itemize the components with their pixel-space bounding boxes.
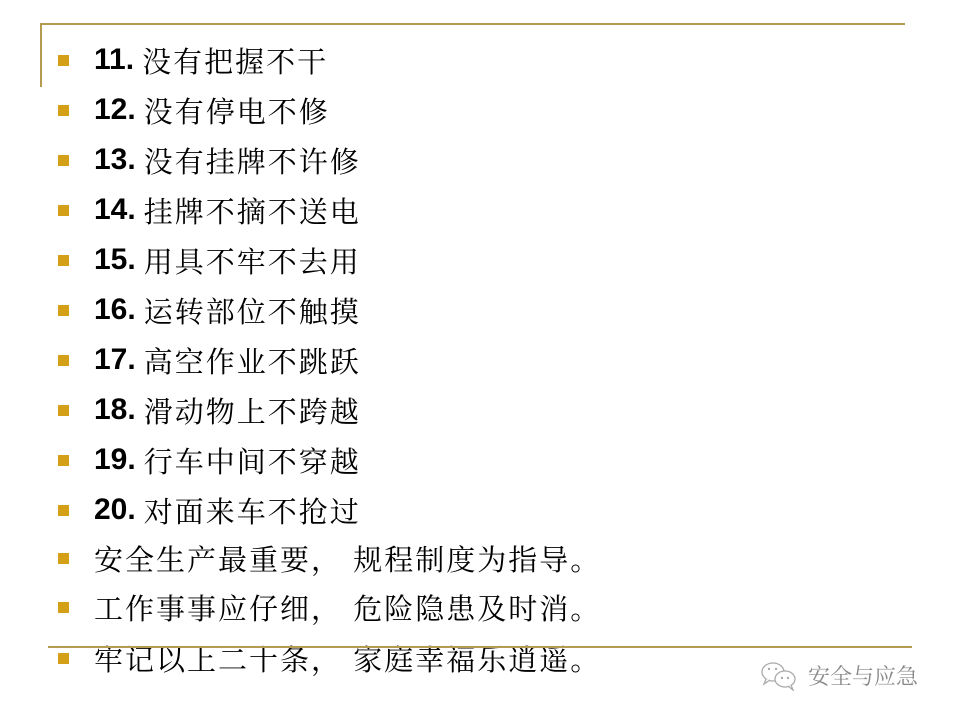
item-text: 用具不牢不去用: [144, 240, 361, 281]
item-number: 15.: [94, 243, 136, 277]
item-text: 安全生产最重要， 规程制度为指导。: [94, 538, 601, 579]
list-item: 14. 挂牌不摘不送电: [58, 190, 361, 230]
list-item: 16. 运转部位不触摸: [58, 290, 361, 330]
list-item: 牢记以上二十条， 家庭幸福乐逍遥。: [58, 638, 601, 678]
item-text: 牢记以上二十条， 家庭幸福乐逍遥。: [94, 638, 601, 679]
bottom-divider-line: [48, 646, 912, 648]
square-bullet-icon: [58, 455, 69, 466]
item-text: 滑动物上不跨越: [144, 390, 361, 431]
wechat-icon: [760, 661, 798, 691]
left-accent-line: [40, 23, 42, 87]
item-text: 没有停电不修: [144, 90, 330, 131]
item-text: 工作事事应仔细， 危险隐患及时消。: [94, 587, 601, 628]
item-number: 17.: [94, 343, 136, 377]
item-number: 19.: [94, 443, 136, 477]
square-bullet-icon: [58, 105, 69, 116]
square-bullet-icon: [58, 155, 69, 166]
top-divider-line: [40, 23, 905, 25]
item-text: 高空作业不跳跃: [144, 340, 361, 381]
square-bullet-icon: [58, 405, 69, 416]
square-bullet-icon: [58, 305, 69, 316]
square-bullet-icon: [58, 255, 69, 266]
item-text: 没有挂牌不许修: [144, 140, 361, 181]
watermark: 安全与应急: [760, 660, 918, 691]
list-item: 11. 没有把握不干: [58, 40, 328, 80]
list-item: 18. 滑动物上不跨越: [58, 390, 361, 430]
item-text: 对面来车不抢过: [144, 490, 361, 531]
square-bullet-icon: [58, 653, 69, 664]
square-bullet-icon: [58, 205, 69, 216]
list-item: 13. 没有挂牌不许修: [58, 140, 361, 180]
list-item: 工作事事应仔细， 危险隐患及时消。: [58, 587, 601, 627]
item-text: 运转部位不触摸: [144, 290, 361, 331]
item-number: 16.: [94, 293, 136, 327]
item-text: 挂牌不摘不送电: [144, 190, 361, 231]
square-bullet-icon: [58, 55, 69, 66]
item-number: 13.: [94, 143, 136, 177]
item-number: 11.: [94, 43, 134, 77]
item-number: 20.: [94, 493, 136, 527]
item-number: 18.: [94, 393, 136, 427]
item-text: 行车中间不穿越: [144, 440, 361, 481]
watermark-text: 安全与应急: [808, 660, 918, 691]
item-number: 12.: [94, 93, 136, 127]
item-number: 14.: [94, 193, 136, 227]
list-item: 20. 对面来车不抢过: [58, 490, 361, 530]
list-item: 安全生产最重要， 规程制度为指导。: [58, 538, 601, 578]
list-item: 12. 没有停电不修: [58, 90, 330, 130]
square-bullet-icon: [58, 553, 69, 564]
square-bullet-icon: [58, 602, 69, 613]
list-item: 19. 行车中间不穿越: [58, 440, 361, 480]
square-bullet-icon: [58, 505, 69, 516]
square-bullet-icon: [58, 355, 69, 366]
item-text: 没有把握不干: [142, 40, 328, 81]
list-item: 15. 用具不牢不去用: [58, 240, 361, 280]
list-item: 17. 高空作业不跳跃: [58, 340, 361, 380]
